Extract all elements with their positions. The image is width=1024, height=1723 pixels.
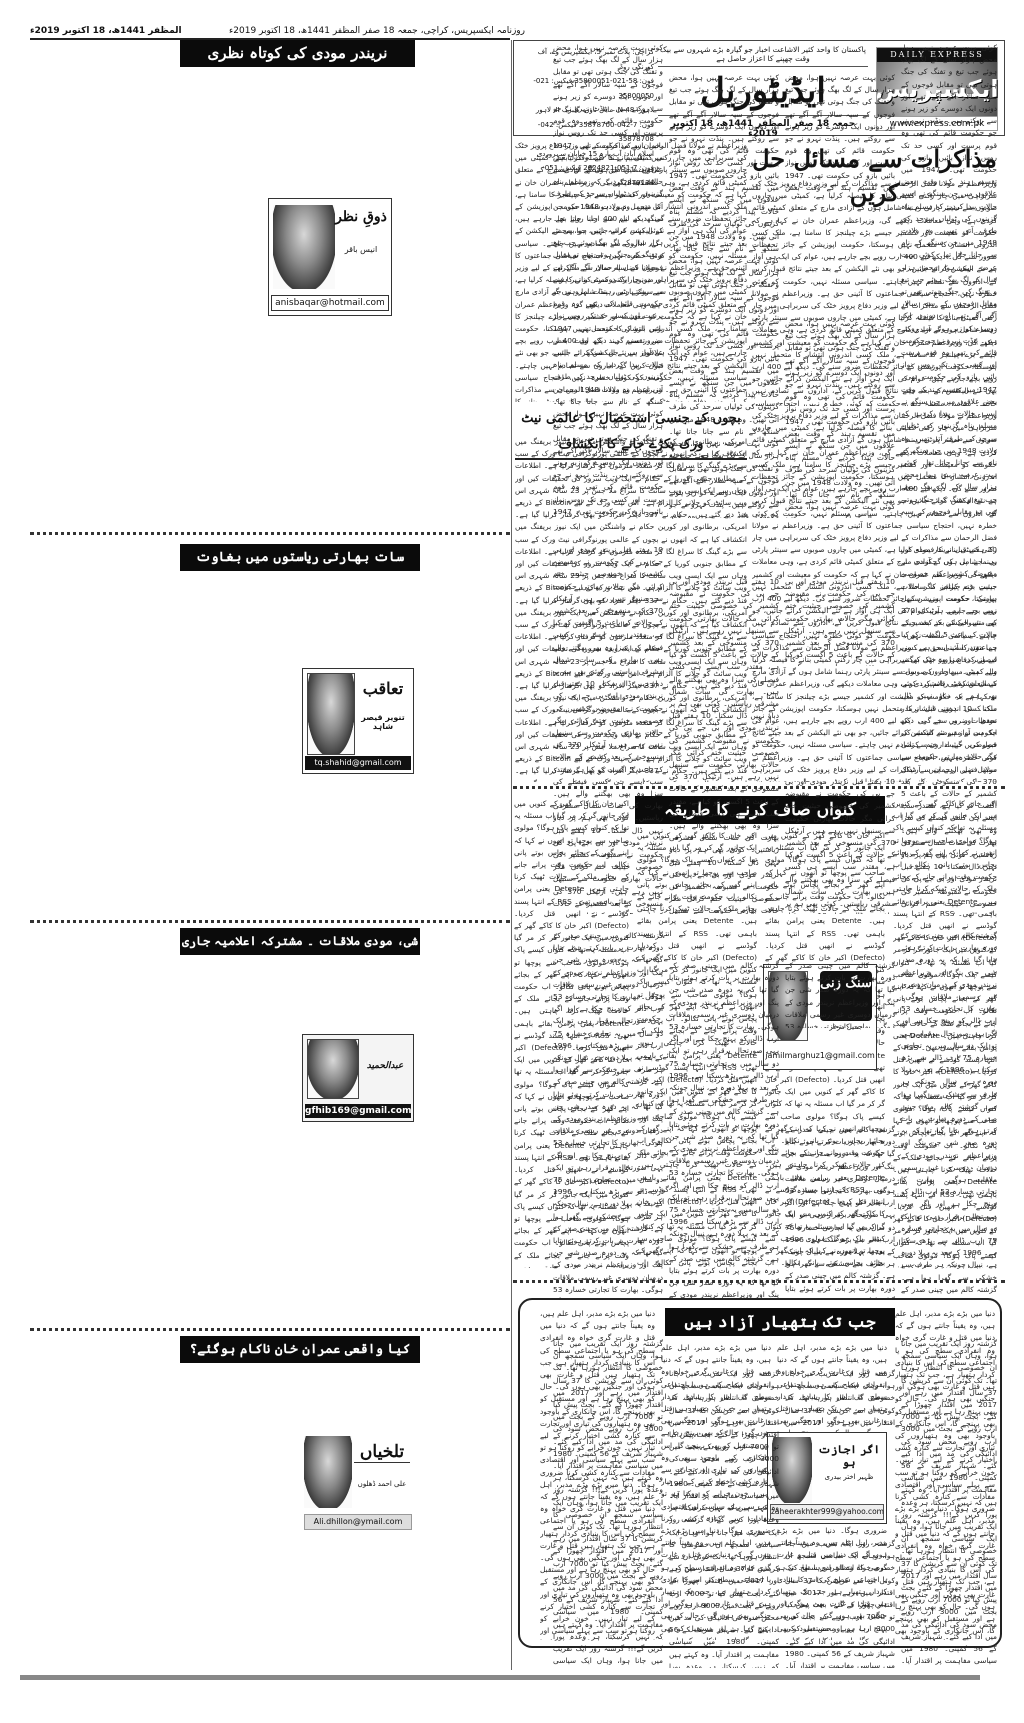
column-name: اگر اجازت ہو — [816, 1443, 882, 1469]
publication-header-line: روزنامہ ایکسپریس، کراچی، جمعہ 18 صفر الم… — [30, 24, 1005, 38]
column-2-body-col3: 10 ہفتے قبل نریندر مودی اور بی جے پی کی … — [669, 576, 779, 914]
section-divider — [30, 532, 510, 535]
publication-line: روزنامہ ایکسپریس، کراچی، جمعہ 18 صفر الم… — [229, 26, 525, 36]
column-2-headline: سات بھارتی ریاستوں میں بغاوت ہونے والی ہ… — [180, 544, 420, 571]
section-divider — [30, 920, 510, 923]
columnist-box-agar-ijazat-ho: اگر اجازت ہو ظہیر اختر بیدری zaheerakhte… — [767, 1432, 887, 1524]
columnist-box-abdul-hameed: عبدالحمید gfhib169@gmail.com — [302, 1034, 414, 1122]
editorial-4-headline: جب تک ہتھیار آزاد ہیں — [665, 1308, 895, 1336]
publication-date-left: المظفر 1441ھ، 18 اکتوبر 2019ء — [30, 26, 182, 36]
masthead-tagline: پاکستان کا واحد کثیر الاشاعت اخبار جو گی… — [658, 45, 868, 67]
column-2-body-col4: 10 ہفتے قبل نریندر مودی اور بی جے پی کی … — [553, 544, 663, 914]
author-photo — [273, 205, 335, 289]
columnist-email[interactable]: zaheerakhter999@yahoo.com — [770, 1504, 884, 1520]
page-bottom-rule — [20, 1675, 980, 1680]
column-1-body-col5: کوئی بہت عرصہ نہیں ہوا، محض ہزار سال کے … — [785, 318, 895, 518]
column-4-body-col5: گزشتہ روز ایک تقریب میں جانا ہوا، وہاں ا… — [785, 1538, 895, 1668]
column-1-body-col2: کوئی بہت عرصہ نہیں ہوا، محض ہزار سال کے … — [785, 72, 895, 194]
column-2-body-col2: 10 ہفتے قبل نریندر مودی اور بی جے پی کی … — [785, 576, 895, 666]
column-1-body: کوئی بہت عرصہ نہیں ہوا، محض ہزار سال کے … — [901, 42, 997, 518]
author-photo — [304, 1436, 352, 1508]
column-4-body-col3: گزشتہ روز ایک تقریب میں جانا ہوا، وہاں ا… — [669, 1368, 779, 1668]
column-1-headline: نریندر مودی کی کوتاہ نظری — [180, 40, 415, 67]
column-3-headline: شی، مودی ملاقات ۔ مشترکہ اعلامیہ جاری نہ… — [180, 928, 420, 955]
columnist-name: عبدالحمید — [361, 1061, 409, 1071]
columnist-box-talkhiyan: تلخیاں علی احمد ڈھلوں Ali.dhillon@ymail.… — [302, 1434, 414, 1534]
columnist-email[interactable]: jamilmarghuz1@gmail.com — [764, 1049, 876, 1063]
columnist-box-zauq-e-nazar: ذوقِ نظر انیس باقر anisbaqar@hotmail.com — [268, 198, 392, 316]
page-center-rule — [511, 40, 512, 1670]
column-4-body: گزشتہ روز ایک تقریب میں جانا ہوا، وہاں ا… — [901, 1338, 997, 1668]
column-3-body-col3: گزشتہ کالم میں چینی صدر کے دورہ بھارت پر… — [669, 960, 779, 1300]
column-1-body-col4: کوئی بہت عرصہ نہیں ہوا، محض ہزار سال کے … — [553, 42, 663, 518]
column-3-body-col5: گزشتہ کالم میں چینی صدر کے دورہ بھارت پر… — [785, 1124, 895, 1300]
section-divider — [30, 1328, 510, 1331]
columnist-email[interactable]: anisbaqar@hotmail.com — [271, 295, 389, 311]
column-name: تعاقب — [357, 679, 409, 698]
columnist-email[interactable]: Ali.dhillon@ymail.com — [304, 1514, 412, 1530]
column-4-body-col2: گزشتہ روز ایک تقریب میں جانا ہوا، وہاں ا… — [785, 1368, 895, 1428]
columnist-name: تنویر قیصر شاہد — [357, 713, 409, 731]
columnist-name: علی احمد ڈھلوں — [354, 1480, 410, 1488]
column-3-body-col2: گزشتہ کالم میں چینی صدر کے دورہ بھارت پر… — [785, 960, 895, 1028]
author-photo — [307, 1039, 359, 1099]
columnist-name: انیس باقر — [335, 245, 387, 254]
columnist-box-taaqub: تعاقب تنویر قیصر شاہد tq.shahid@gmail.co… — [302, 668, 414, 774]
column-1-body-col3: کوئی بہت عرصہ نہیں ہوا، محض ہزار سال کے … — [669, 72, 779, 518]
column-2-body-col5: 10 ہفتے قبل نریندر مودی اور بی جے پی کی … — [785, 776, 895, 914]
column-name: ذوقِ نظر — [335, 209, 387, 225]
column-3-body-col4: گزشتہ کالم میں چینی صدر کے دورہ بھارت پر… — [553, 930, 663, 1300]
column-4-headline: کیا واقعی عمران خان ناکام ہوگئے؟ — [180, 1336, 420, 1363]
columnist-email[interactable]: tq.shahid@gmail.com — [305, 756, 411, 770]
column-name: تلخیاں — [354, 1442, 410, 1463]
columnist-email[interactable]: gfhib169@gmail.com — [305, 1104, 411, 1118]
column-2-body: 10 ہفتے قبل نریندر مودی اور بی جے پی کی … — [901, 544, 997, 914]
column-4-body-col4: گزشتہ روز ایک تقریب میں جانا ہوا، وہاں ا… — [553, 1338, 663, 1668]
column-3-body: گزشتہ کالم میں چینی صدر کے دورہ بھارت پر… — [901, 930, 997, 1300]
author-photo — [307, 673, 355, 755]
columnist-name: ظہیر اختر بیدری — [816, 1473, 882, 1481]
newspaper-page: روزنامہ ایکسپریس، کراچی، جمعہ 18 صفر الم… — [30, 0, 1005, 1723]
